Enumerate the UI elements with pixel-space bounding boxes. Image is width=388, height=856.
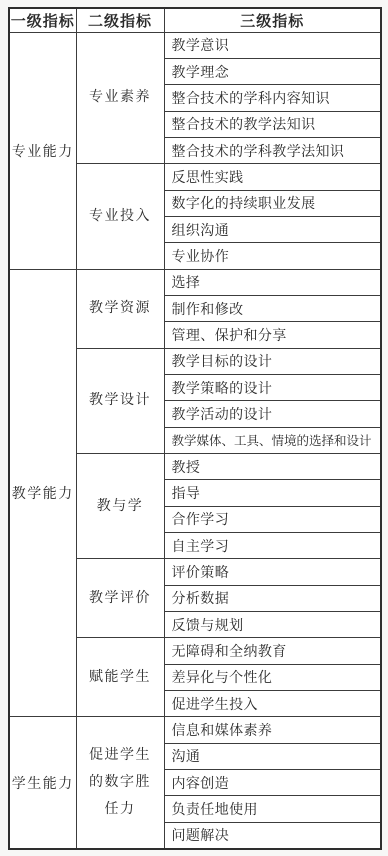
level3-cell: 数字化的持续职业发展 (164, 190, 381, 216)
indicator-table: 一级指标 二级指标 三级指标 专业能力专业素养教学意识教学理念整合技术的学科内容… (8, 7, 382, 850)
level3-cell: 教授 (164, 454, 381, 480)
level3-cell: 评价策略 (164, 559, 381, 585)
level3-cell: 差异化与个性化 (164, 664, 381, 690)
level2-cell: 专业投入 (76, 164, 164, 269)
level1-cell: 学生能力 (9, 717, 76, 849)
level2-cell: 教与学 (76, 454, 164, 559)
level3-cell: 问题解决 (164, 822, 381, 849)
level3-cell: 教学目标的设计 (164, 348, 381, 374)
level3-cell: 教学意识 (164, 32, 381, 58)
level3-cell: 无障碍和全纳教育 (164, 638, 381, 664)
table-header: 一级指标 二级指标 三级指标 (9, 8, 381, 32)
level3-cell: 专业协作 (164, 243, 381, 269)
level3-cell: 沟通 (164, 743, 381, 769)
level3-cell: 选择 (164, 269, 381, 295)
table-row: 教学能力教学资源选择 (9, 269, 381, 295)
level3-cell: 教学理念 (164, 58, 381, 84)
level3-cell: 自主学习 (164, 533, 381, 559)
level3-cell: 教学策略的设计 (164, 374, 381, 400)
level3-cell: 促进学生投入 (164, 691, 381, 717)
level3-cell: 合作学习 (164, 506, 381, 532)
level3-cell: 整合技术的学科教学法知识 (164, 137, 381, 163)
level3-cell: 整合技术的学科内容知识 (164, 85, 381, 111)
level3-cell: 内容创造 (164, 770, 381, 796)
level3-cell: 组织沟通 (164, 216, 381, 242)
level3-cell: 分析数据 (164, 585, 381, 611)
header-level1: 一级指标 (9, 8, 76, 32)
level3-cell: 反馈与规划 (164, 612, 381, 638)
level3-cell: 信息和媒体素养 (164, 717, 381, 743)
level3-cell: 指导 (164, 480, 381, 506)
level3-cell: 管理、保护和分享 (164, 322, 381, 348)
level3-cell: 整合技术的教学法知识 (164, 111, 381, 137)
level2-cell: 促进学生的数字胜任力 (76, 717, 164, 849)
level2-cell: 教学资源 (76, 269, 164, 348)
table-row: 专业能力专业素养教学意识 (9, 32, 381, 58)
header-level2: 二级指标 (76, 8, 164, 32)
level1-cell: 教学能力 (9, 269, 76, 717)
level3-cell: 教学活动的设计 (164, 401, 381, 427)
table-body: 专业能力专业素养教学意识教学理念整合技术的学科内容知识整合技术的教学法知识整合技… (9, 32, 381, 849)
level3-cell: 教学媒体、工具、情境的选择和设计 (164, 427, 381, 453)
header-level3: 三级指标 (164, 8, 381, 32)
page: 一级指标 二级指标 三级指标 专业能力专业素养教学意识教学理念整合技术的学科内容… (0, 0, 388, 856)
level1-cell: 专业能力 (9, 32, 76, 269)
level3-cell: 反思性实践 (164, 164, 381, 190)
level2-cell: 教学评价 (76, 559, 164, 638)
level3-cell: 负责任地使用 (164, 796, 381, 822)
level2-cell: 专业素养 (76, 32, 164, 164)
level3-cell: 制作和修改 (164, 295, 381, 321)
level2-cell: 赋能学生 (76, 638, 164, 717)
header-row: 一级指标 二级指标 三级指标 (9, 8, 381, 32)
level2-cell: 教学设计 (76, 348, 164, 453)
table-row: 学生能力促进学生的数字胜任力信息和媒体素养 (9, 717, 381, 743)
